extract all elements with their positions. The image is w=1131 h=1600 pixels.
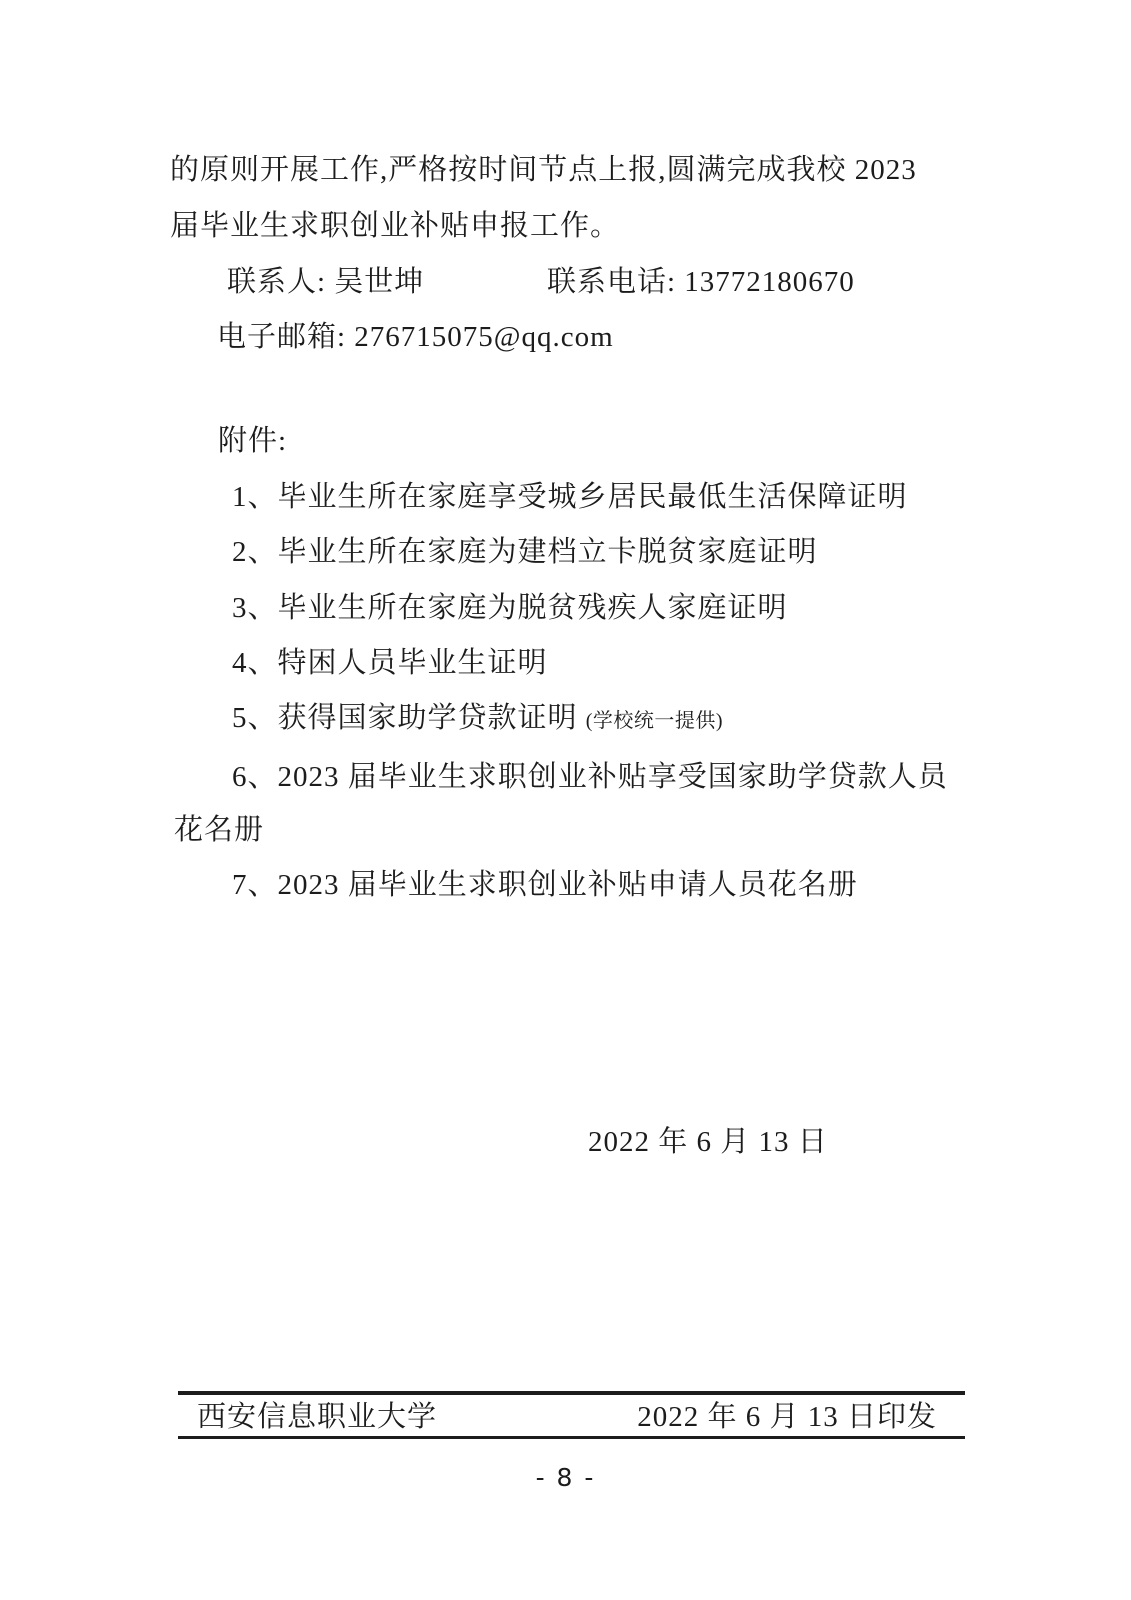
attachment-item-5: 5、获得国家助学贷款证明 (学校统一提供) [170, 698, 1022, 738]
document-date: 2022 年 6 月 13 日 [588, 1122, 828, 1162]
contact-person: 联系人: 吴世坤 [170, 266, 424, 298]
attachment-item-2: 2、毕业生所在家庭为建档立卡脱贫家庭证明 [170, 532, 1022, 572]
footer-issuer: 西安信息职业大学 [197, 1398, 437, 1436]
footer-print-date: 2022 年 6 月 13 日印发 [637, 1398, 937, 1436]
contact-line: 联系人: 吴世坤 联系电话: 13772180670 [170, 262, 960, 302]
attachment-item-5-text: 5、获得国家助学贷款证明 [232, 702, 578, 734]
attachment-item-3: 3、毕业生所在家庭为脱贫残疾人家庭证明 [170, 588, 1022, 628]
page-number: - 8 - [0, 1458, 1131, 1498]
attachments-header: 附件: [170, 421, 1008, 461]
footer-rule-bottom [178, 1436, 965, 1439]
paragraph-line-2: 届毕业生求职创业补贴申报工作。 [170, 206, 960, 246]
attachment-item-6: 6、2023 届毕业生求职创业补贴享受国家助学贷款人员 [170, 757, 1022, 797]
contact-phone: 联系电话: 13772180670 [547, 262, 855, 302]
footer-rule-top [178, 1391, 965, 1395]
attachment-item-4: 4、特困人员毕业生证明 [170, 643, 1022, 683]
footer-row: 西安信息职业大学 2022 年 6 月 13 日印发 [178, 1398, 965, 1436]
paragraph-line-1: 的原则开展工作,严格按时间节点上报,圆满完成我校 2023 [170, 150, 960, 190]
attachment-item-6-continuation: 花名册 [170, 810, 964, 850]
attachment-item-7: 7、2023 届毕业生求职创业补贴申请人员花名册 [170, 865, 1022, 905]
attachment-item-5-note: (学校统一提供) [586, 710, 723, 732]
contact-email: 电子邮箱: 276715075@qq.com [170, 317, 1007, 357]
document-page: 的原则开展工作,严格按时间节点上报,圆满完成我校 2023 届毕业生求职创业补贴… [0, 0, 1131, 1600]
attachment-item-1: 1、毕业生所在家庭享受城乡居民最低生活保障证明 [170, 477, 1022, 517]
